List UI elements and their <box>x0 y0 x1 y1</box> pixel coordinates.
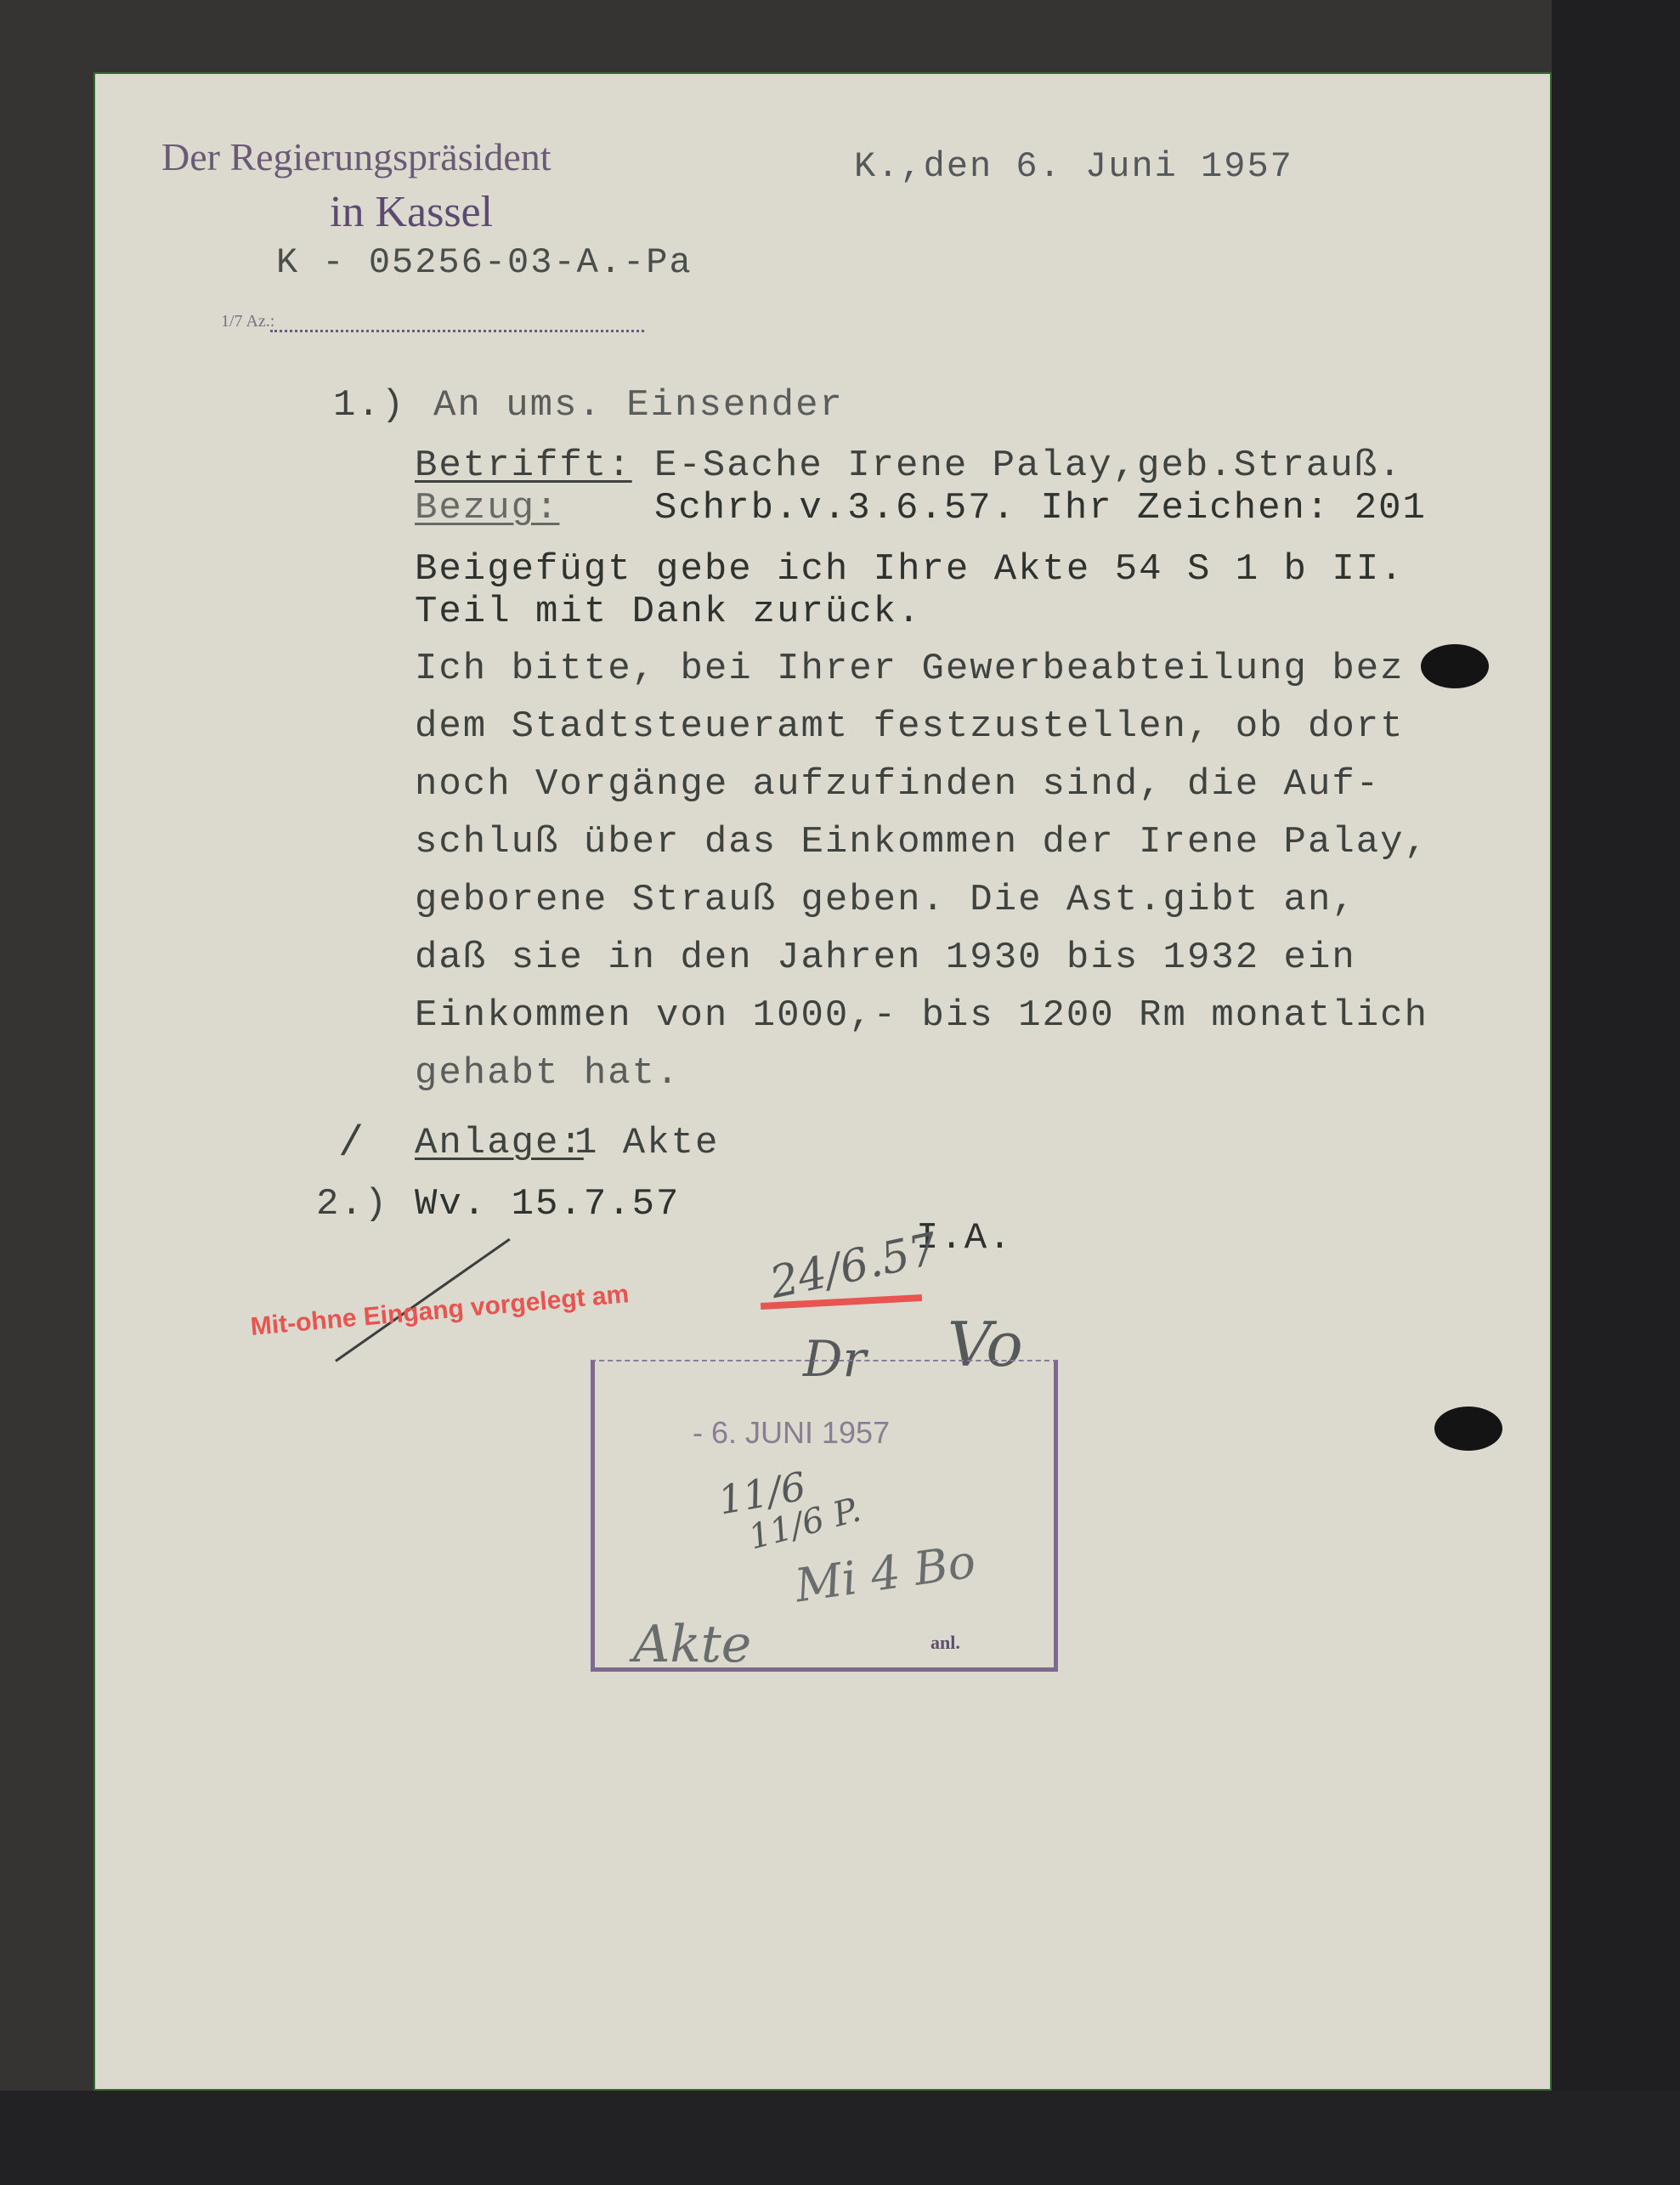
scanner-background-bottom <box>0 2091 1680 2185</box>
item2-number: 2.) <box>316 1183 388 1226</box>
para2-line1: Ich bitte, bei Ihrer Gewerbeabteilung be… <box>415 648 1405 690</box>
reference-label: Bezug: <box>415 487 559 529</box>
subject-label: Betrifft: <box>415 444 632 487</box>
letterhead-city: in Kassel <box>330 187 493 237</box>
receipt-stamp-date: - 6. JUNI 1957 <box>693 1415 890 1451</box>
item2-resubmission: Wv. 15.7.57 <box>415 1183 680 1226</box>
enclosure-check-mark: / <box>338 1120 365 1169</box>
para2-line2: dem Stadtsteueramt festzustellen, ob dor… <box>415 705 1405 748</box>
enclosure-value: 1 Akte <box>574 1122 719 1164</box>
para2-line8: gehabt hat. <box>415 1052 680 1095</box>
scanner-background-left <box>0 0 93 2185</box>
date-line: K.,den 6. Juni 1957 <box>854 146 1293 187</box>
para1-line2: Teil mit Dank zurück. <box>415 591 922 633</box>
document-page <box>93 72 1552 2091</box>
para2-line7: Einkommen von 1000,- bis 1200 Rm monatli… <box>415 994 1428 1037</box>
para2-line5: geborene Strauß geben. Die Ast.gibt an, <box>415 879 1356 921</box>
punch-hole-lower <box>1434 1407 1502 1451</box>
item1-number: 1.) <box>333 384 405 427</box>
az-dotted-line <box>270 330 644 332</box>
enclosure-label: Anlage: <box>415 1122 584 1164</box>
receipt-stamp-mark: anl. <box>931 1632 960 1654</box>
para2-line6: daß sie in den Jahren 1930 bis 1932 ein <box>415 937 1356 979</box>
scanner-background-top <box>0 0 1680 72</box>
file-reference: K - 05256-03-A.-Pa <box>276 242 693 283</box>
para1-line1: Beigefügt gebe ich Ihre Akte 54 S 1 b II… <box>415 548 1405 591</box>
para2-line3: noch Vorgänge aufzufinden sind, die Auf- <box>415 763 1380 806</box>
reference-value: Schrb.v.3.6.57. Ihr Zeichen: 201 <box>654 487 1427 529</box>
item1-recipient: An ums. Einsender <box>433 384 844 427</box>
receipt-note-4: Akte <box>633 1615 751 1674</box>
punch-hole-upper <box>1421 644 1489 688</box>
para2-line4: schluß über das Einkommen der Irene Pala… <box>415 821 1428 863</box>
az-label: 1/7 Az.: <box>221 312 274 331</box>
scanner-background-right <box>1552 0 1680 2185</box>
letterhead-authority: Der Regierungspräsident <box>161 134 552 179</box>
subject-value: E-Sache Irene Palay,geb.Strauß. <box>654 444 1403 487</box>
